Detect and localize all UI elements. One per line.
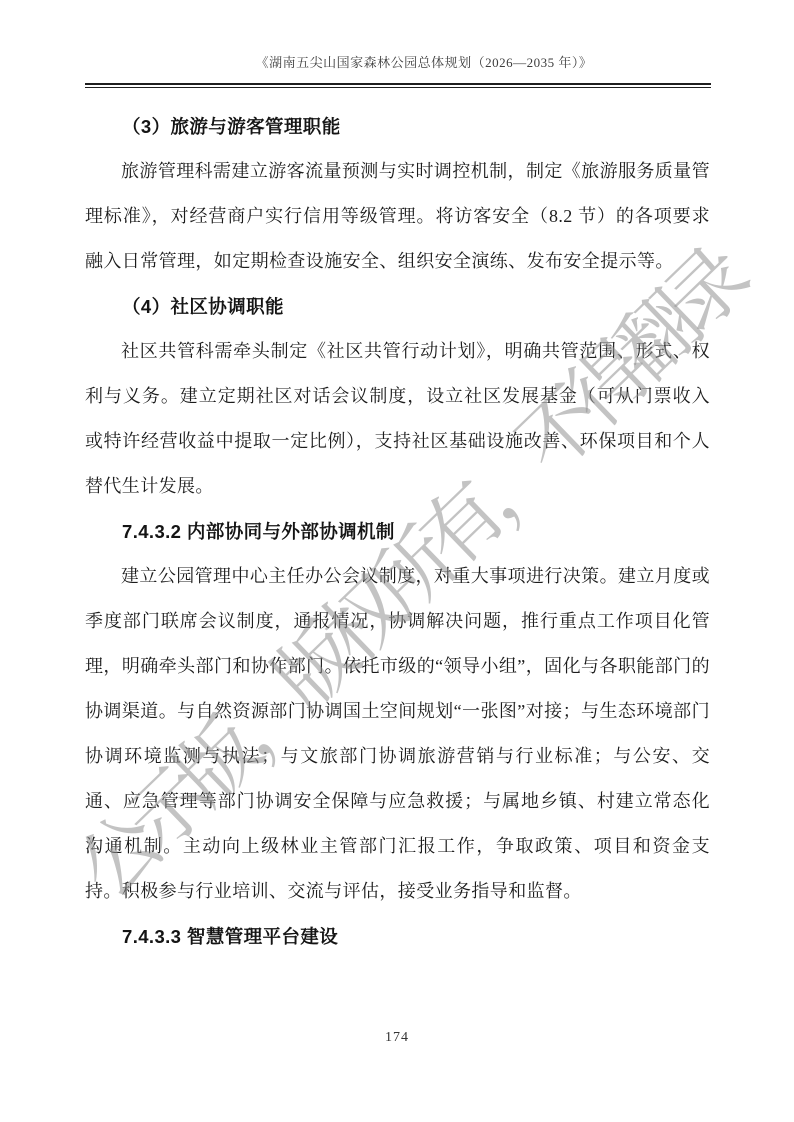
header-title: 《湖南五尖山国家森林公园总体规划（2026—2035 年）》 xyxy=(27,52,794,71)
document-body: （3）旅游与游客管理职能 旅游管理科需建立游客流量预测与实时调控机制，制定《旅游… xyxy=(85,104,710,959)
section-heading-community-coordination: （4）社区协调职能 xyxy=(85,284,710,329)
paragraph-community-coordination: 社区共管科需牵头制定《社区共管行动计划》，明确共管范围、形式、权利与义务。建立定… xyxy=(85,329,710,509)
section-heading-tourism-visitor-management: （3）旅游与游客管理职能 xyxy=(85,104,710,149)
header-rule xyxy=(85,83,711,88)
section-heading-7-4-3-3-smart-management-platform: 7.4.3.3 智慧管理平台建设 xyxy=(85,914,710,959)
document-page: 《湖南五尖山国家森林公园总体规划（2026—2035 年）》 （3）旅游与游客管… xyxy=(0,0,794,1122)
paragraph-tourism-visitor-management: 旅游管理科需建立游客流量预测与实时调控机制，制定《旅游服务质量管理标准》，对经营… xyxy=(85,149,710,284)
paragraph-internal-external-coordination: 建立公园管理中心主任办公会议制度，对重大事项进行决策。建立月度或季度部门联席会议… xyxy=(85,554,710,914)
section-heading-7-4-3-2-internal-external-coordination: 7.4.3.2 内部协同与外部协调机制 xyxy=(85,509,710,554)
page-number: 174 xyxy=(0,1030,794,1046)
